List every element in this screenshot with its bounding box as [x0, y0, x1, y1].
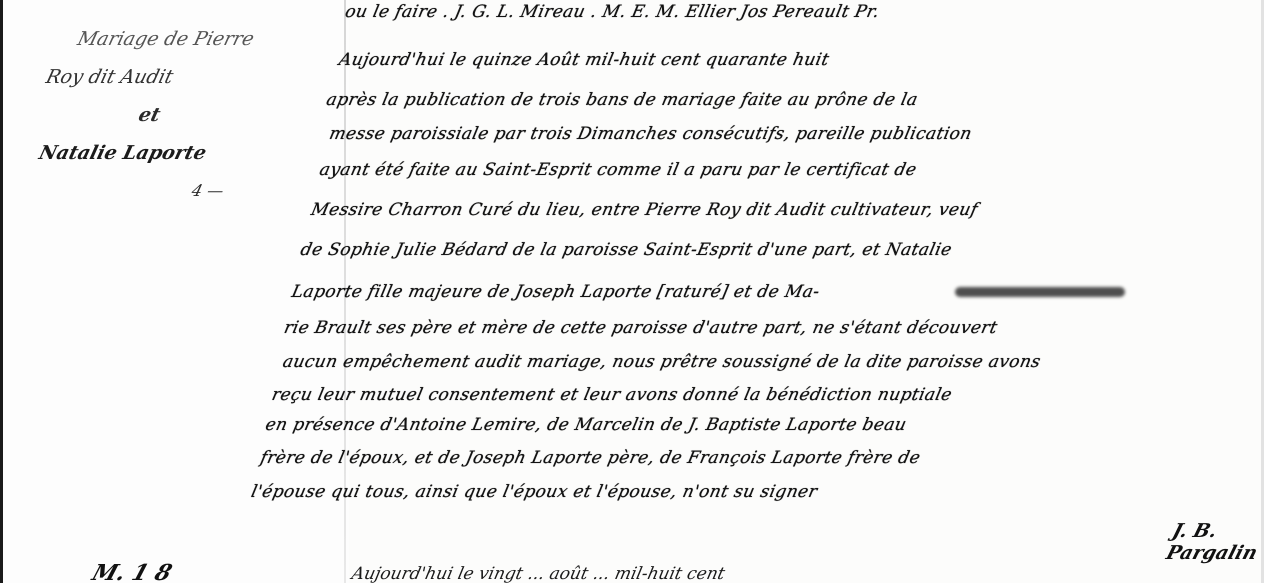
margin-line: Natalie Laporte — [17, 134, 316, 172]
record-line: rie Brault ses père et mère de cette par… — [282, 318, 999, 338]
record-line: Aujourd'hui le quinze Août mil-huit cent… — [337, 50, 831, 70]
record-line: en présence d'Antoine Lemire, de Marceli… — [264, 415, 909, 435]
record-line: aucun empêchement audit mariage, nous pr… — [281, 352, 1043, 372]
margin-line: 4 — — [7, 172, 306, 210]
record-line: reçu leur mutuel consentement et leur av… — [270, 385, 954, 405]
next-entry-fragment: Aujourd'hui le vingt ... août ... mil-hu… — [350, 564, 727, 583]
record-line: Laporte fille majeure de Joseph Laporte … — [290, 282, 822, 302]
ink-strikethrough — [955, 287, 1125, 297]
record-line: frère de l'époux, et de Joseph Laporte p… — [259, 448, 923, 468]
margin-bottom-fragment: M. 1 8 — [89, 560, 175, 583]
margin-line: Roy dit Audit — [36, 58, 335, 96]
record-line: après la publication de trois bans de ma… — [325, 90, 920, 110]
record-line: messe paroissiale par trois Dimanches co… — [327, 124, 973, 144]
record-line: Messire Charron Curé du lieu, entre Pier… — [309, 200, 979, 220]
record-line: ayant été faite au Saint-Esprit comme il… — [318, 160, 919, 180]
priest-signature: J. B. Pargalin — [1164, 520, 1264, 564]
record-line: de Sophie Julie Bédard de la paroisse Sa… — [299, 240, 954, 260]
margin-line: et — [26, 96, 325, 134]
register-page: Mariage de Pierre Roy dit Audit et Natal… — [0, 0, 1264, 583]
record-line: l'épouse qui tous, ainsi que l'époux et … — [249, 482, 819, 502]
margin-line: Mariage de Pierre — [45, 20, 344, 58]
margin-note-marriage-title: Mariage de Pierre Roy dit Audit et Natal… — [7, 20, 344, 210]
record-line: ou le faire . J. G. L. Mireau . M. E. M.… — [343, 2, 881, 22]
